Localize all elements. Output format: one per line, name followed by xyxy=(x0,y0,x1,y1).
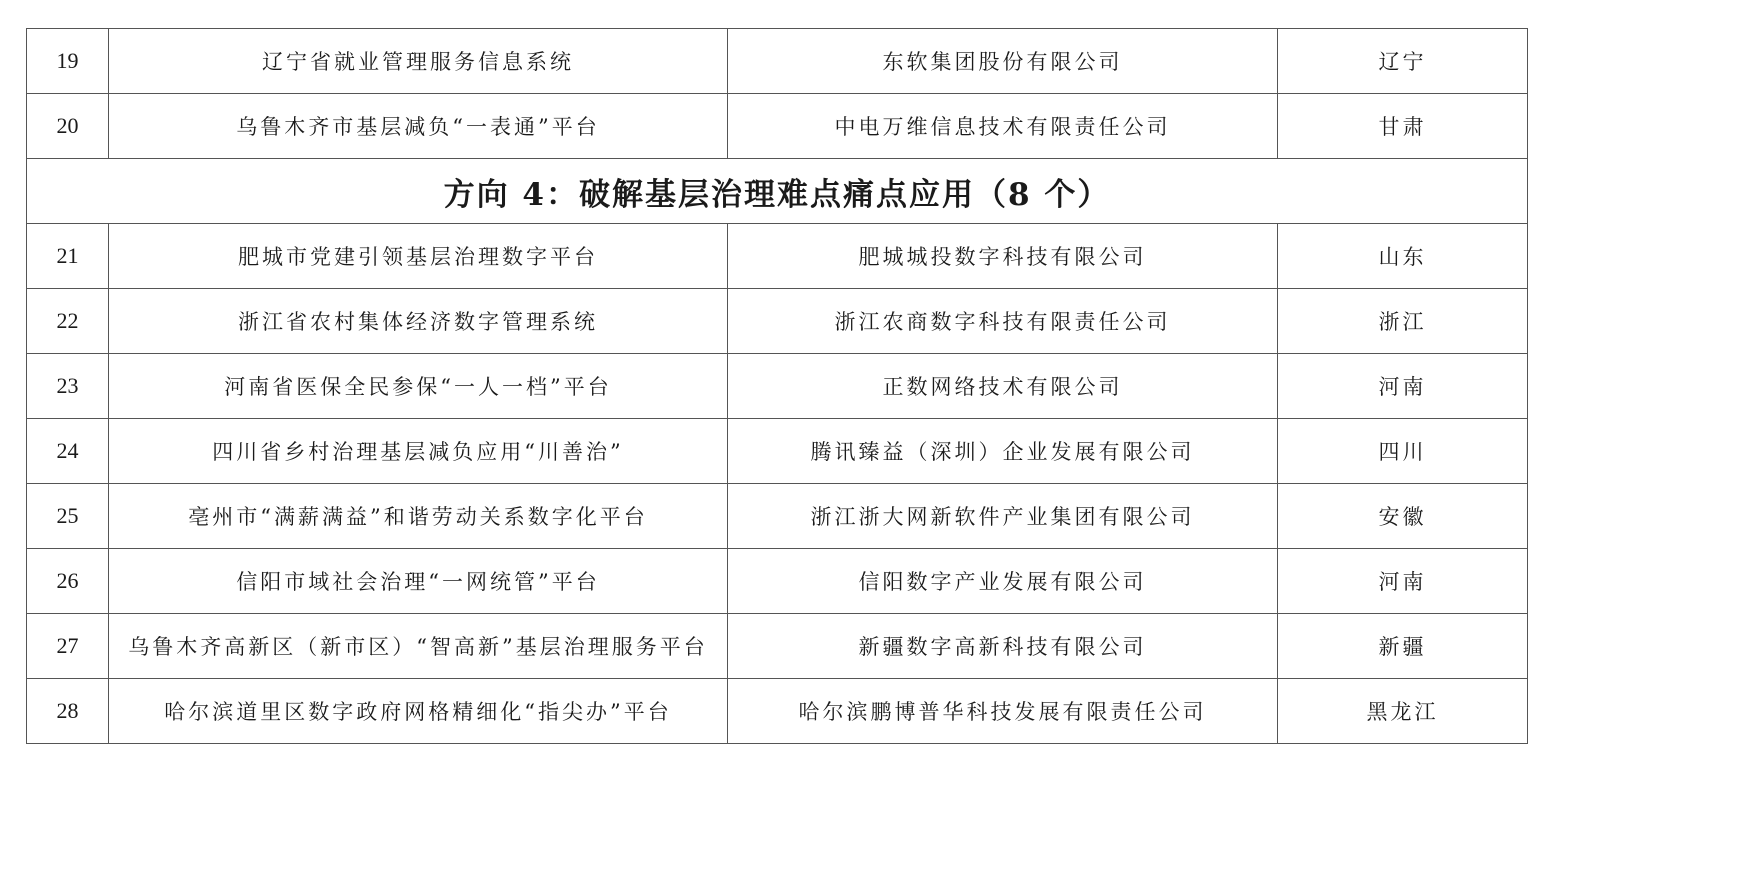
row-number: 28 xyxy=(27,679,109,744)
table-row: 27 乌鲁木齐高新区（新市区）“智高新”基层治理服务平台 新疆数字高新科技有限公… xyxy=(27,614,1528,679)
application-name: 乌鲁木齐高新区（新市区）“智高新”基层治理服务平台 xyxy=(109,614,728,679)
region: 山东 xyxy=(1278,224,1528,289)
application-name: 浙江省农村集体经济数字管理系统 xyxy=(109,289,728,354)
row-number: 23 xyxy=(27,354,109,419)
application-name: 亳州市“满薪满益”和谐劳动关系数字化平台 xyxy=(109,484,728,549)
row-number: 27 xyxy=(27,614,109,679)
application-name: 肥城市党建引领基层治理数字平台 xyxy=(109,224,728,289)
table-row: 19 辽宁省就业管理服务信息系统 东软集团股份有限公司 辽宁 xyxy=(27,29,1528,94)
row-number: 20 xyxy=(27,94,109,159)
table-row: 24 四川省乡村治理基层减负应用“川善治” 腾讯臻益（深圳）企业发展有限公司 四… xyxy=(27,419,1528,484)
company-name: 信阳数字产业发展有限公司 xyxy=(728,549,1278,614)
section-header-row: 方向 4：破解基层治理难点痛点应用（8 个） xyxy=(27,159,1528,224)
row-number: 26 xyxy=(27,549,109,614)
region: 安徽 xyxy=(1278,484,1528,549)
company-name: 哈尔滨鹏博普华科技发展有限责任公司 xyxy=(728,679,1278,744)
region: 甘肃 xyxy=(1278,94,1528,159)
company-name: 肥城城投数字科技有限公司 xyxy=(728,224,1278,289)
applications-table: 19 辽宁省就业管理服务信息系统 东软集团股份有限公司 辽宁 20 乌鲁木齐市基… xyxy=(26,28,1528,744)
table-row: 21 肥城市党建引领基层治理数字平台 肥城城投数字科技有限公司 山东 xyxy=(27,224,1528,289)
company-name: 东软集团股份有限公司 xyxy=(728,29,1278,94)
row-number: 22 xyxy=(27,289,109,354)
table-row: 26 信阳市域社会治理“一网统管”平台 信阳数字产业发展有限公司 河南 xyxy=(27,549,1528,614)
company-name: 浙江农商数字科技有限责任公司 xyxy=(728,289,1278,354)
region: 河南 xyxy=(1278,549,1528,614)
section-title: 方向 4：破解基层治理难点痛点应用（8 个） xyxy=(27,159,1528,224)
region: 河南 xyxy=(1278,354,1528,419)
table-row: 28 哈尔滨道里区数字政府网格精细化“指尖办”平台 哈尔滨鹏博普华科技发展有限责… xyxy=(27,679,1528,744)
table-row: 20 乌鲁木齐市基层减负“一表通”平台 中电万维信息技术有限责任公司 甘肃 xyxy=(27,94,1528,159)
application-name: 信阳市域社会治理“一网统管”平台 xyxy=(109,549,728,614)
company-name: 浙江浙大网新软件产业集团有限公司 xyxy=(728,484,1278,549)
company-name: 正数网络技术有限公司 xyxy=(728,354,1278,419)
row-number: 21 xyxy=(27,224,109,289)
region: 新疆 xyxy=(1278,614,1528,679)
company-name: 新疆数字高新科技有限公司 xyxy=(728,614,1278,679)
region: 辽宁 xyxy=(1278,29,1528,94)
row-number: 24 xyxy=(27,419,109,484)
company-name: 腾讯臻益（深圳）企业发展有限公司 xyxy=(728,419,1278,484)
region: 浙江 xyxy=(1278,289,1528,354)
application-name: 辽宁省就业管理服务信息系统 xyxy=(109,29,728,94)
row-number: 25 xyxy=(27,484,109,549)
row-number: 19 xyxy=(27,29,109,94)
region: 四川 xyxy=(1278,419,1528,484)
application-name: 乌鲁木齐市基层减负“一表通”平台 xyxy=(109,94,728,159)
application-name: 河南省医保全民参保“一人一档”平台 xyxy=(109,354,728,419)
table-row: 25 亳州市“满薪满益”和谐劳动关系数字化平台 浙江浙大网新软件产业集团有限公司… xyxy=(27,484,1528,549)
table-row: 23 河南省医保全民参保“一人一档”平台 正数网络技术有限公司 河南 xyxy=(27,354,1528,419)
application-name: 哈尔滨道里区数字政府网格精细化“指尖办”平台 xyxy=(109,679,728,744)
company-name: 中电万维信息技术有限责任公司 xyxy=(728,94,1278,159)
table-row: 22 浙江省农村集体经济数字管理系统 浙江农商数字科技有限责任公司 浙江 xyxy=(27,289,1528,354)
region: 黑龙江 xyxy=(1278,679,1528,744)
application-name: 四川省乡村治理基层减负应用“川善治” xyxy=(109,419,728,484)
